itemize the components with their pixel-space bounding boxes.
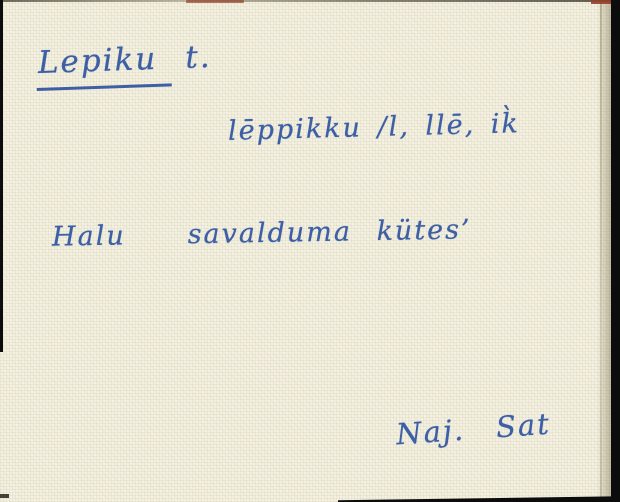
scanned-index-card: Lepikut. lēppikku /l, llē, ik̀ Halusaval… <box>0 0 620 502</box>
card-right-edge-crease <box>600 0 602 502</box>
handwriting-dialect-line: lēppikku /l, llē, ik̀ <box>228 108 521 147</box>
heading-underlined-name: Lepiku <box>35 40 172 91</box>
scan-edge-top-right-red-mark <box>591 0 612 4</box>
scan-bottom-left-speck <box>0 494 9 498</box>
body-lead-word: Halu <box>52 220 126 252</box>
handwriting-body-line: Halusavalduma kütes’ <box>52 214 472 252</box>
scan-edge-top <box>0 0 620 2</box>
body-rest-text: savalduma kütes’ <box>187 214 471 250</box>
handwriting-heading-line: Lepikut. <box>35 39 212 91</box>
scan-edge-top-red-mark <box>186 0 244 3</box>
scan-edge-left-black <box>0 0 3 352</box>
handwriting-annotation: Naj. Sat <box>395 407 552 452</box>
heading-suffix: t. <box>185 39 213 76</box>
scan-edge-right-black <box>611 0 620 502</box>
scan-edge-bottom-black <box>338 496 620 502</box>
